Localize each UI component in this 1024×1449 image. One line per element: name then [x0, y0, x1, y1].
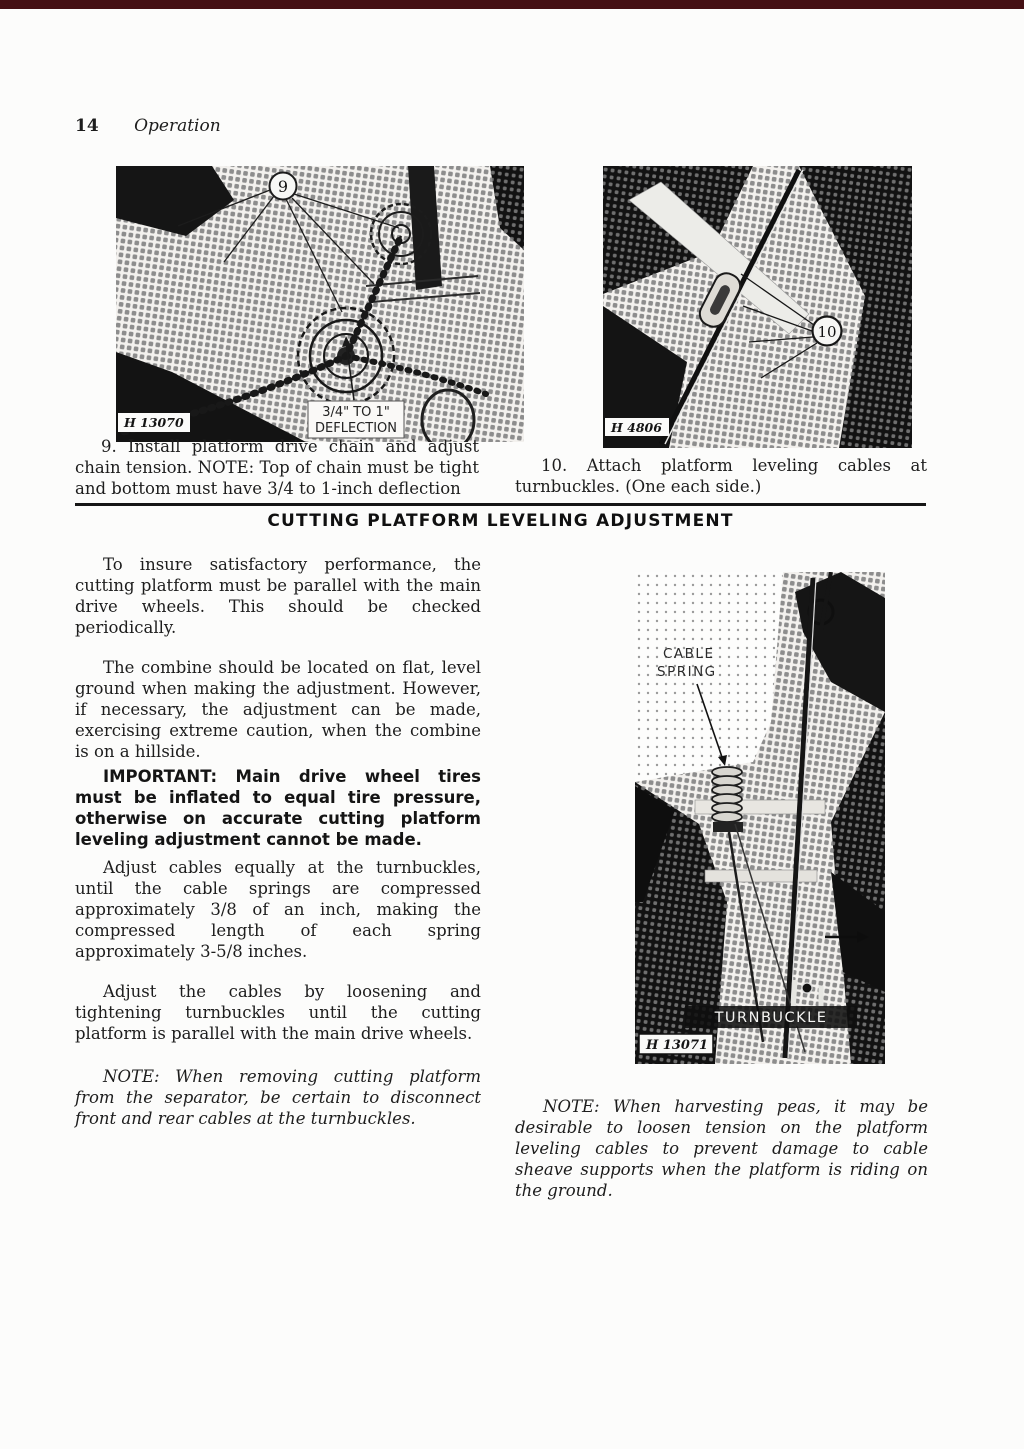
figure-leveling-adjustment-photo: CABLE SPRING TURNBUCKLE H 13071: [635, 572, 885, 1064]
scan-edge-artifact: [0, 0, 1024, 9]
page-section-title: Operation: [134, 116, 221, 136]
figure-drive-chain-photo: 9 3/4" TO 1" DEFLECTION H 13070: [116, 166, 524, 442]
cable-spring-label-line1: CABLE: [663, 646, 714, 662]
photo-code-h4806: H 4806: [610, 420, 662, 435]
callout-number-10: 10: [817, 323, 836, 341]
cable-spring-label-line2: SPRING: [657, 664, 717, 680]
paragraph: The combine should be located on flat, l…: [75, 657, 481, 762]
note-paragraph: NOTE: When removing cutting platform fro…: [75, 1066, 481, 1129]
photo-code-h13071: H 13071: [645, 1038, 708, 1053]
deflection-label-line2: DEFLECTION: [315, 421, 397, 436]
manual-page: 14 Operation: [0, 0, 1024, 1449]
paragraph: Adjust the cables by loosening and tight…: [75, 981, 481, 1044]
turnbuckle-label: TURNBUCKLE: [714, 1010, 828, 1026]
photo-code-h13070: H 13070: [123, 415, 184, 430]
important-paragraph: IMPORTANT: Main drive wheel tires must b…: [75, 766, 481, 850]
light-rail-shape: [705, 870, 817, 882]
caption-figure-9: 9. Install platform drive chain and adju…: [75, 436, 479, 499]
section-divider-rule: [75, 503, 926, 506]
note-paragraph-right: NOTE: When harvesting peas, it may be de…: [515, 1096, 928, 1201]
page-header: 14 Operation: [75, 116, 221, 136]
paragraph: To insure satisfactory performance, the …: [75, 554, 481, 638]
section-heading: CUTTING PLATFORM LEVELING ADJUSTMENT: [75, 511, 926, 531]
callout-number-9: 9: [278, 177, 288, 196]
figure-leveling-cables-photo: 10 H 4806: [603, 166, 912, 448]
page-number: 14: [75, 116, 99, 136]
caption-figure-10: 10. Attach platform leveling cables at t…: [515, 455, 927, 497]
paragraph: Adjust cables equally at the turnbuckles…: [75, 857, 481, 962]
deflection-label-line1: 3/4" TO 1": [322, 405, 390, 420]
left-text-column: To insure satisfactory performance, the …: [75, 554, 481, 1129]
